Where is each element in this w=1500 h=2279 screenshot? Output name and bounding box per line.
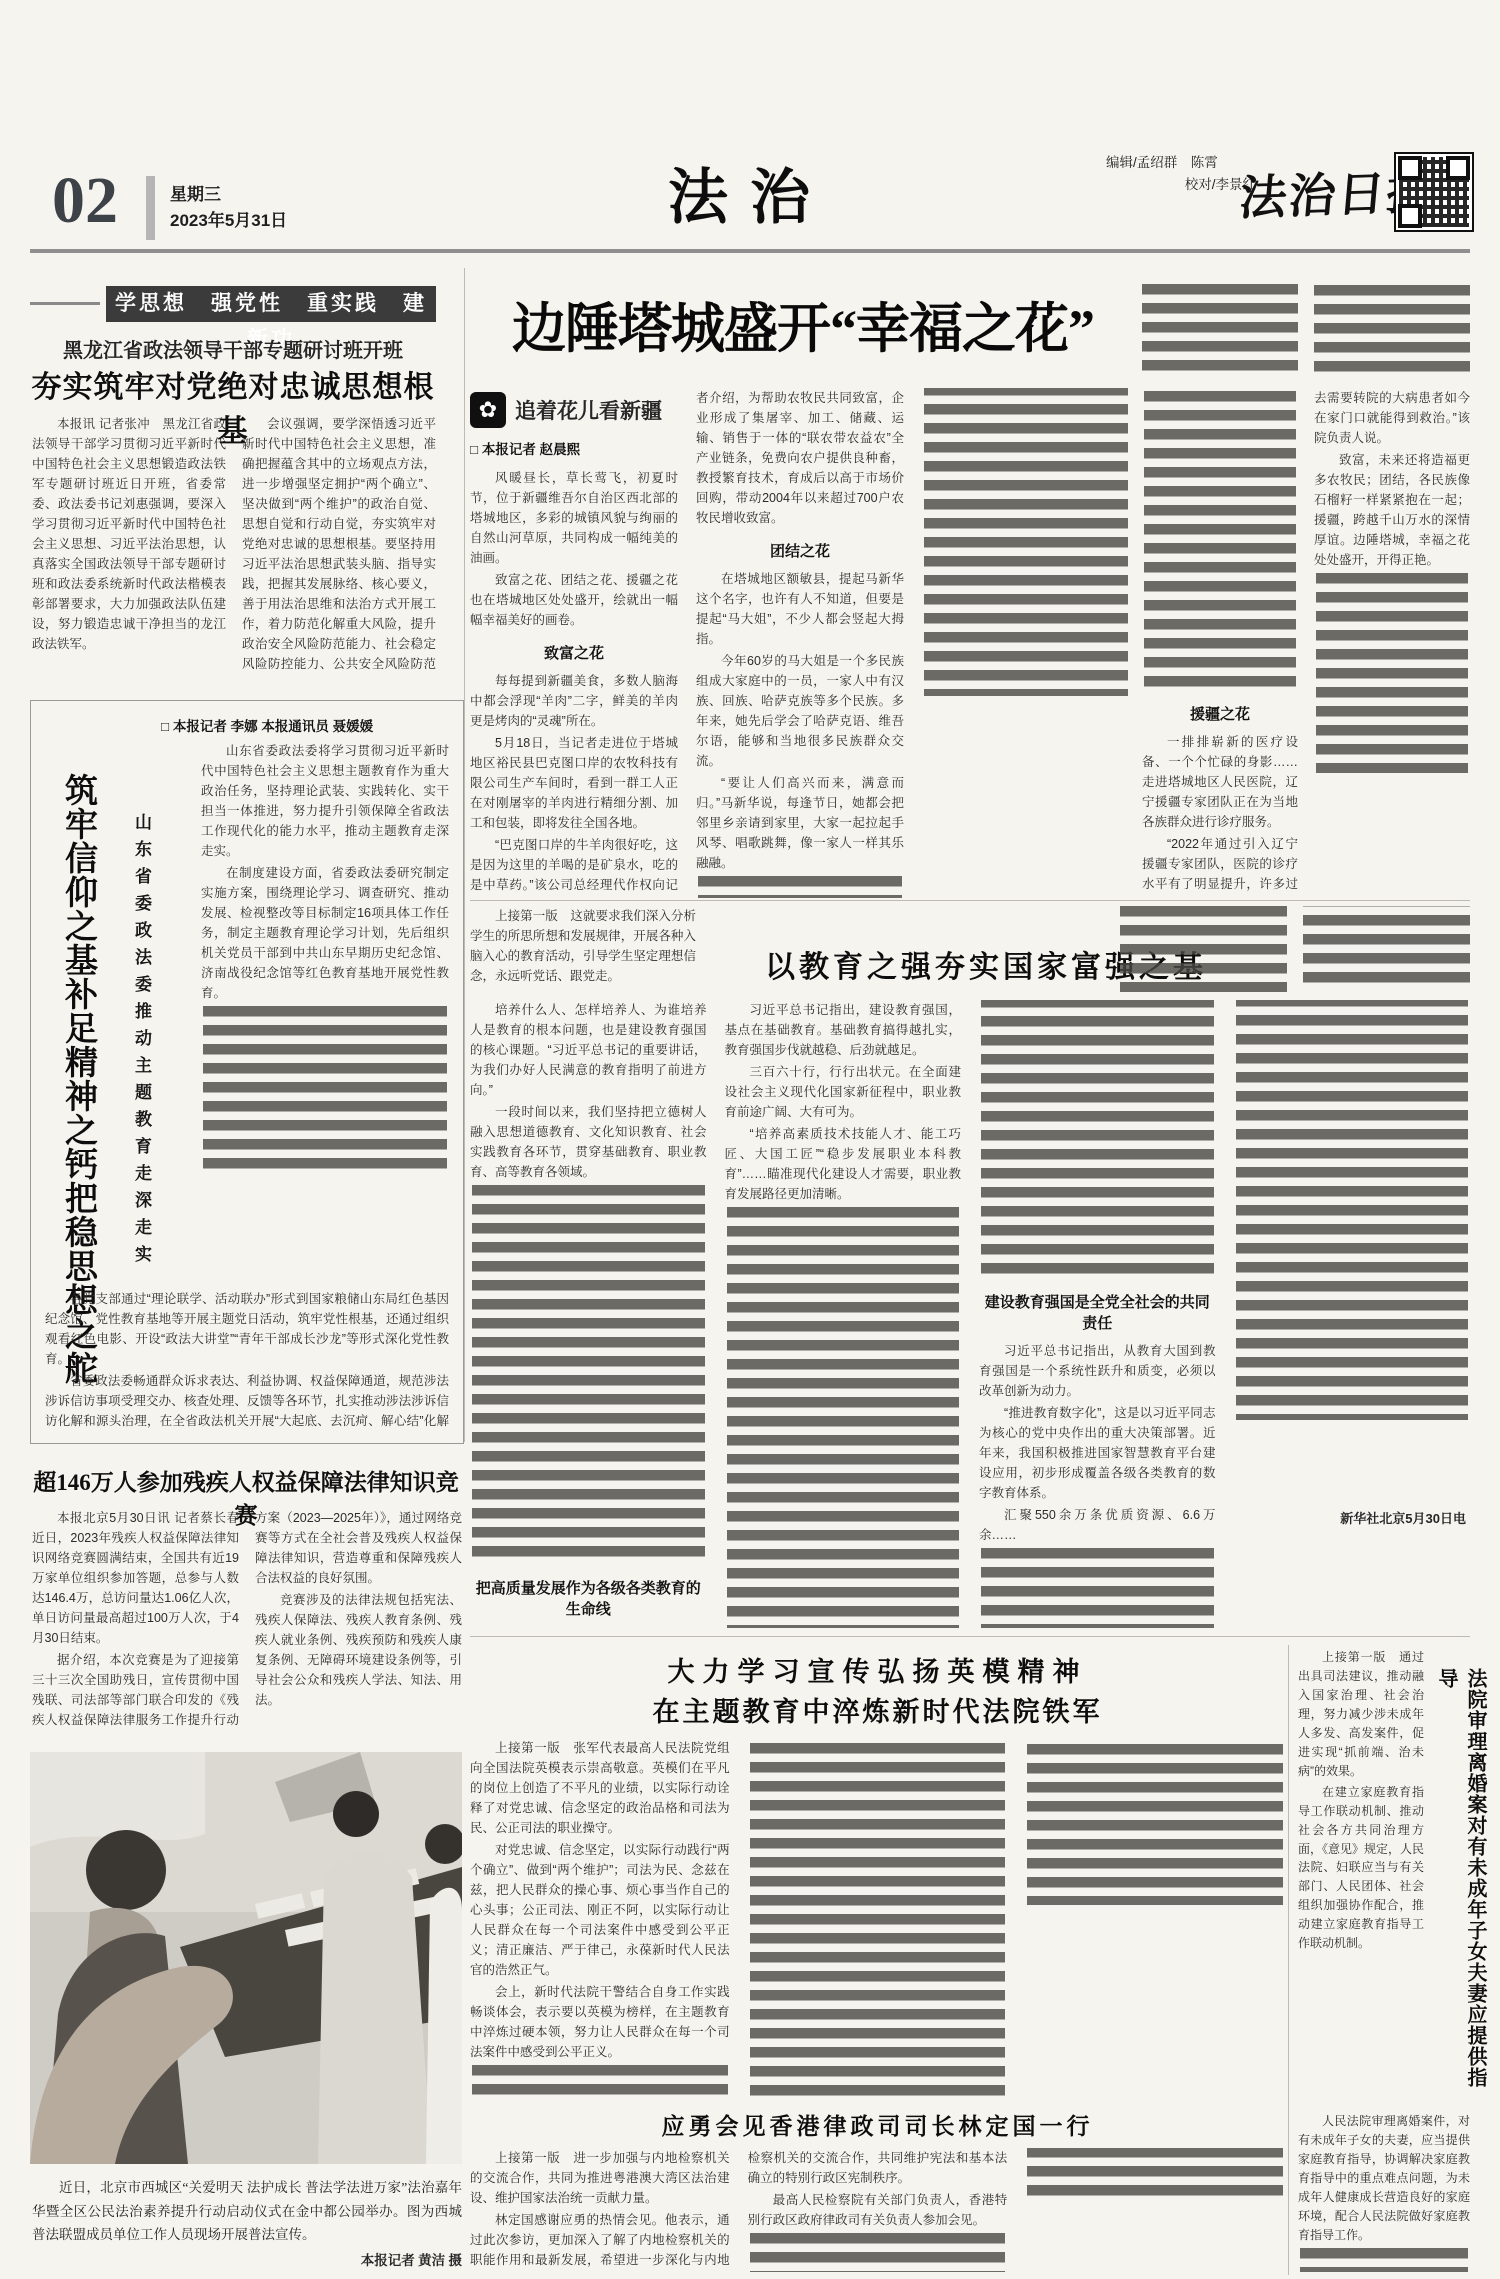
- qr-finder-icon: [1446, 156, 1470, 180]
- date-label: 2023年5月31日: [170, 208, 287, 234]
- body-paragraph: 会上，新时代法院干警结合自身工作实践畅谈体会，表示要以英模为榜样，在主题教育中淬…: [470, 1982, 730, 2062]
- article-headline: 应勇会见香港律政司司长林定国一行: [470, 2108, 1285, 2141]
- article-continuation-text: [1120, 906, 1470, 992]
- body-paragraph: 最高人民检察院有关部门负责人，香港特别行政区政府律政司有关负责人参加会见。: [748, 2190, 1008, 2230]
- body-paragraph: “培养高素质技术技能人才、能工巧匠、大国工匠”“稳步发展职业本科教育”……瞄准现…: [725, 1124, 962, 1204]
- qr-finder-icon: [1398, 204, 1422, 228]
- editor-credits: 编辑/孟绍群 陈霄 校对/李景红: [1106, 152, 1256, 197]
- crosshead: 团结之花: [696, 540, 904, 561]
- article-body: 援疆之花 一排排崭新的医疗设备、一个个忙碌的身影……走进塔城地区人民医院，辽宁援…: [1142, 388, 1470, 898]
- body-text-filler: [472, 1185, 705, 1565]
- body-paragraph: 省委政法委畅通群众诉求表达、利益协调、权益保障通道，规范涉法涉诉信访事项受理交办…: [45, 1371, 449, 1433]
- article-byline: □ 本报记者 李娜 本报通讯员 聂媛媛: [161, 715, 373, 735]
- vertical-headline: 法院审理离婚案对有未成年子女夫妻应提供指导: [1432, 1668, 1490, 2108]
- photo-caption-block: 近日，北京市西城区“关爱明天 法护成长 普法学法进万家”法治嘉年华暨全区公民法治…: [32, 2176, 462, 2269]
- body-paragraph: 上接第一版 张军代表最高人民法院党组向全国法院英模表示崇高敬意。英模们在平凡的岗…: [470, 1738, 730, 1838]
- page-number: 02: [52, 168, 118, 234]
- body-paragraphs: 人民法院审理离婚案件，对有未成年子女的夫妻，应当提供家庭教育指导，协调解决家庭教…: [1298, 2112, 1470, 2245]
- article-body: 本报讯 记者张冲 黑龙江省政法领导干部学习贯彻习近平新时代中国特色社会主义思想锻…: [32, 414, 436, 688]
- article-body: ✿ 追着花儿看新疆 □ 本报记者 赵晨熙 风暖昼长，草长莺飞，初夏时节，位于新疆…: [470, 388, 1130, 898]
- article-continuation-text: [1142, 284, 1470, 378]
- body-paragraph: 各党支部通过“理论联学、活动联办”形式到国家粮储山东局红色基因纪念馆、党性教育基…: [45, 1289, 449, 1369]
- photo-credit: 本报记者 黄洁 摄: [32, 2249, 462, 2269]
- body-paragraph: 致富之花、团结之花、援疆之花也在塔城地区处处盛开，绘就出一幅幅幸福美好的画卷。: [470, 570, 678, 630]
- body-paragraph: 上接第一版 进一步加强与内地检察机关的交流合作，共同为推进粤港澳大湾区法治建设、…: [470, 2148, 730, 2208]
- continued-paragraph: 上接第一版 这就要求我们深入分析学生的所思所想和发展规律，开展各种入脑入心的教育…: [470, 906, 696, 986]
- body-paragraph: 风暖昼长，草长莺飞，初夏时节，位于新疆维吾尔自治区西北部的塔城地区，多彩的城镇风…: [470, 468, 678, 568]
- crosshead: 致富之花: [470, 642, 678, 663]
- article-byline: □ 本报记者 赵晨熙: [470, 438, 678, 458]
- body-paragraph: 汇聚550余万条优质资源、6.6万余……: [979, 1505, 1216, 1545]
- main-headline: 边陲塔城盛开“幸福之花”: [478, 286, 1128, 363]
- section-paragraphs: 在塔城地区额敏县，提起马新华这个名字，也许有人不知道，但要是提起“马大姐”，不少…: [696, 569, 904, 873]
- body-paragraph: 在建立家庭教育指导工作联动机制、推动社会各方共同治理方面，《意见》规定，人民法院…: [1298, 1783, 1424, 1954]
- newspaper-page: 02 星期三 2023年5月31日 法治 编辑/孟绍群 陈霄 校对/李景红 法治…: [0, 0, 1500, 2279]
- crosshead: 援疆之花: [1142, 703, 1298, 724]
- body-paragraph: 一段时间以来，我们坚持把立德树人融入思想道德教育、文化知识教育、社会实践教育各环…: [470, 1102, 707, 1182]
- body-paragraph: 每每提到新疆美食，多数人脑海中都会浮现“羊肉”二字，鲜美的羊肉更是烤肉的“灵魂”…: [470, 671, 678, 731]
- body-paragraph: 习近平总书记指出，从教育大国到教育强国是一个系统性跃升和质变，必须以改革创新为动…: [979, 1341, 1216, 1401]
- body-paragraph: 致富，未来还将造福更多农牧民；团结，各民族像石榴籽一样紧紧抱在一起；援疆，跨越千…: [1314, 450, 1470, 570]
- body-paragraph: 上接第一版 通过出具司法建议，推动融入国家治理、社会治理，努力减少涉未成年人多发…: [1298, 1648, 1424, 1781]
- body-text-filler: [1316, 573, 1468, 773]
- body-paragraphs: 山东省委政法委将学习贯彻习近平新时代中国特色社会主义思想主题教育作为重大政治任务…: [201, 741, 449, 1003]
- body-paragraph: “推进教育数字化”，这是以习近平同志为核心的党中央作出的重大决策部署。近年来，我…: [979, 1403, 1216, 1503]
- body-paragraphs: 培养什么人、怎样培养人、为谁培养人是教育的根本问题，也是建设教育强国的核心课题。…: [470, 1000, 707, 1182]
- photo-illustration: [30, 1752, 462, 2164]
- body-text-filler: [1144, 391, 1296, 691]
- body-paragraph: 在制度建设方面，省委政法委研究制定实施方案，围绕理论学习、调查研究、推动发展、检…: [201, 863, 449, 1003]
- body-paragraph: 会议强调，要学深悟透习近平新时代中国特色社会主义思想，准确把握蕴含其中的立场观点…: [242, 414, 436, 688]
- article-body: 培养什么人、怎样培养人、为谁培养人是教育的根本问题，也是建设教育强国的核心课题。…: [470, 1000, 1470, 1628]
- body-paragraphs: 上接第一版 张军代表最高人民法院党组向全国法院英模表示崇高敬意。英模们在平凡的岗…: [470, 1738, 730, 2062]
- banner-lead-line: [30, 302, 100, 305]
- section-divider: [470, 900, 1470, 901]
- article-body: 各党支部通过“理论联学、活动联办”形式到国家粮储山东局红色基因纪念馆、党性教育基…: [45, 1289, 449, 1433]
- body-paragraph: 培养什么人、怎样培养人、为谁培养人是教育的根本问题，也是建设教育强国的核心课题。…: [470, 1000, 707, 1100]
- body-text-filler: [203, 1006, 447, 1176]
- article-body: 上接第一版 通过出具司法建议，推动融入国家治理、社会治理，努力减少涉未成年人多发…: [1298, 1648, 1424, 2100]
- boxed-article: □ 本报记者 李娜 本报通讯员 聂媛媛 筑牢信仰之基补足精神之钙把稳思想之舵 山…: [30, 700, 464, 1444]
- body-text-filler: [1300, 2248, 1468, 2272]
- body-text-filler: [1142, 284, 1470, 378]
- qr-finder-icon: [1398, 156, 1422, 180]
- article-body: 人民法院审理离婚案件，对有未成年子女的夫妻，应当提供家庭教育指导，协调解决家庭教…: [1298, 2112, 1470, 2272]
- body-paragraph: 在塔城地区额敏县，提起马新华这个名字，也许有人不知道，但要是提起“马大姐”，不少…: [696, 569, 904, 649]
- article-headline-line1: 大力学习宣传弘扬英模精神: [470, 1650, 1285, 1689]
- dateline: 新华社北京5月30日电: [1332, 1508, 1466, 1527]
- body-paragraph: 对党忠诚、信念坚定，以实际行动践行“两个确立”、做到“两个维护”；司法为民、念兹…: [470, 1840, 730, 1980]
- body-paragraph: 一排排崭新的医疗设备、一个个忙碌的身影……走进塔城地区人民医院，辽宁援疆专家团队…: [1142, 732, 1298, 832]
- body-paragraph: “要让人们高兴而来，满意而归。”马新华说，每逢节日，她都会把邻里乡亲请到家里，大…: [696, 773, 904, 873]
- article-body: 本报北京5月30日讯 记者蔡长春 近日，2023年残疾人权益保障法律知识网络竞赛…: [32, 1508, 462, 1736]
- body-paragraph: 三百六十行，行行出状元。在全面建设社会主义现代化国家新征程中，职业教育前途广阔、…: [725, 1062, 962, 1122]
- body-text-filler: [1120, 906, 1470, 992]
- crosshead: 把高质量发展作为各级各类教育的生命线: [470, 1577, 707, 1619]
- weekday-label: 星期三: [170, 182, 221, 208]
- body-paragraph: 习近平总书记指出，建设教育强国，基点在基础教育。基础教育搞得越扎实，教育强国步伐…: [725, 1000, 962, 1060]
- article-body: 上接第一版 这就要求我们深入分析学生的所思所想和发展规律，开展各种入脑入心的教育…: [470, 906, 696, 994]
- body-paragraph: 人民法院审理离婚案件，对有未成年子女的夫妻，应当提供家庭教育指导，协调解决家庭教…: [1298, 2112, 1470, 2245]
- body-paragraph: 今年60岁的马大姐是一个多民族组成大家庭中的一员，一家人中有汉族、回族、哈萨克族…: [696, 651, 904, 771]
- column-logo: ✿ 追着花儿看新疆: [470, 392, 678, 428]
- news-photo: [30, 1752, 462, 2164]
- qr-code: [1394, 152, 1474, 232]
- column-logo-label: 追着花儿看新疆: [515, 395, 662, 425]
- section-divider: [470, 1636, 1470, 1637]
- proofreader-line: 校对/李景红: [1106, 174, 1256, 196]
- article-headline-line2: 在主题教育中淬炼新时代法院铁军: [470, 1690, 1285, 1729]
- body-paragraph: 5月18日，当记者走进位于塔城地区裕民县巴克图口岸的农牧科技有限公司生产车间时，…: [470, 733, 678, 833]
- editor-line: 编辑/孟绍群 陈霄: [1106, 152, 1256, 174]
- flower-column-icon: ✿: [470, 392, 506, 428]
- body-paragraphs: 习近平总书记指出，从教育大国到教育强国是一个系统性跃升和质变，必须以改革创新为动…: [979, 1341, 1216, 1545]
- theme-banner: 学思想 强党性 重实践 建新功: [106, 286, 436, 322]
- column-divider: [1288, 1645, 1289, 2275]
- body-paragraph: 本报讯 记者张冲 黑龙江省政法领导干部学习贯彻习近平新时代中国特色社会主义思想锻…: [32, 414, 226, 654]
- page-number-divider: [146, 176, 155, 240]
- body-paragraph: 竞赛涉及的法律法规包括宪法、残疾人保障法、残疾人教育条例、残疾人就业条例、残疾预…: [255, 1590, 462, 1710]
- body-paragraph: 本报北京5月30日讯 记者蔡长春 近日，2023年残疾人权益保障法律知识网络竞赛…: [32, 1508, 239, 1648]
- column-divider: [464, 268, 465, 1442]
- body-paragraph: 山东省委政法委将学习贯彻习近平新时代中国特色社会主义思想主题教育作为重大政治任务…: [201, 741, 449, 861]
- section-title: 法治: [560, 150, 940, 236]
- article-body: 上接第一版 进一步加强与内地检察机关的交流合作，共同为推进粤港澳大湾区法治建设、…: [470, 2148, 1285, 2272]
- header-rule: [30, 249, 1470, 253]
- article-kicker: 黑龙江省政法领导干部专题研讨班开班: [30, 334, 436, 363]
- vertical-subhead: 山东省委政法委推动主题教育走深走实: [129, 813, 154, 1353]
- crosshead: 建设教育强国是全党全社会的共同责任: [979, 1291, 1216, 1333]
- photo-caption: 近日，北京市西城区“关爱明天 法护成长 普法学法进万家”法治嘉年华暨全区公民法治…: [32, 2176, 462, 2247]
- article-body: 山东省委政法委将学习贯彻习近平新时代中国特色社会主义思想主题教育作为重大政治任务…: [201, 741, 449, 1283]
- body-paragraphs: 习近平总书记指出，建设教育强国，基点在基础教育。基础教育搞得越扎实，教育强国步伐…: [725, 1000, 962, 1204]
- article-body: 上接第一版 张军代表最高人民法院党组向全国法院英模表示崇高敬意。英模们在平凡的岗…: [470, 1738, 1285, 2098]
- lead-paragraphs: 风暖昼长，草长莺飞，初夏时节，位于新疆维吾尔自治区西北部的塔城地区，多彩的城镇风…: [470, 468, 678, 630]
